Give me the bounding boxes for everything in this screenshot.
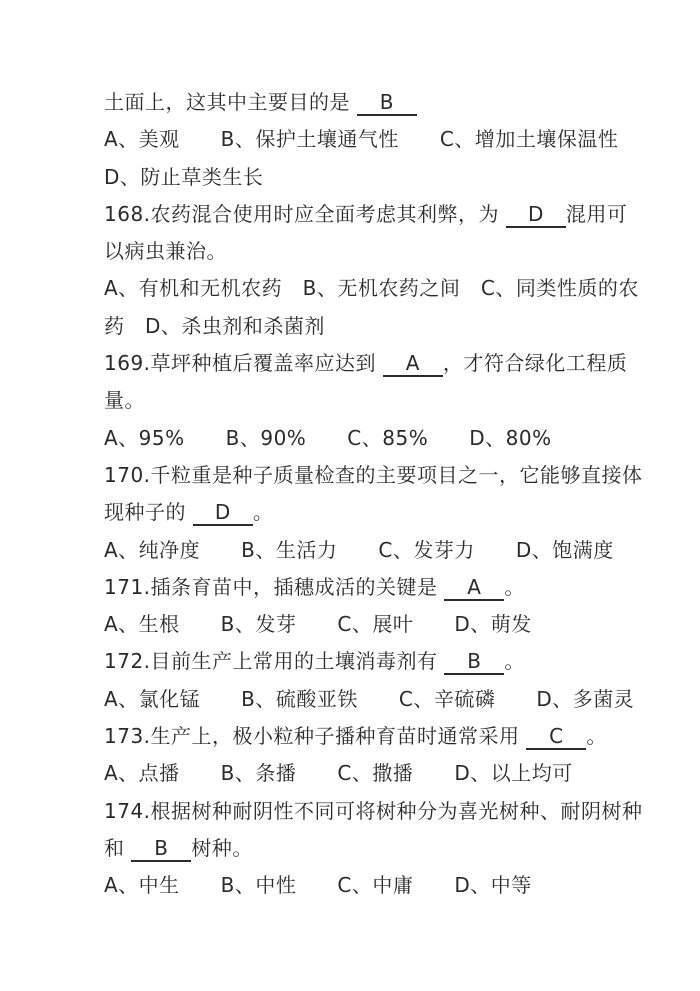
question-text: 量。 xyxy=(104,388,145,412)
question-text: D、防止草类生长 xyxy=(104,165,263,189)
question-text: 药 D、杀虫剂和杀菌剂 xyxy=(104,314,325,338)
document-line: 173.生产上，极小粒种子播种育苗时通常采用 C。 xyxy=(104,718,612,755)
question-text: 。 xyxy=(504,649,525,673)
question-text: 169.草坪种植后覆盖率应达到 xyxy=(104,351,383,375)
document-line: 药 D、杀虫剂和杀菌剂 xyxy=(104,308,612,345)
document-line: A、氯化锰 B、硫酸亚铁 C、辛硫磷 D、多菌灵 xyxy=(104,681,612,718)
question-text: 树种。 xyxy=(191,836,253,860)
document-line: 以病虫兼治。 xyxy=(104,233,612,270)
document-line: 168.农药混合使用时应全面考虑其利弊，为 D混用可 xyxy=(104,196,612,233)
question-text: 现种子的 xyxy=(104,500,193,524)
question-text: 168.农药混合使用时应全面考虑其利弊，为 xyxy=(104,202,506,226)
question-text: 土面上，这其中主要目的是 xyxy=(104,90,357,114)
answer-blank: D xyxy=(506,203,566,228)
document-line: 和 B树种。 xyxy=(104,830,612,867)
question-text: A、点播 B、条播 C、撒播 D、以上均可 xyxy=(104,761,573,785)
document-line: 量。 xyxy=(104,382,612,419)
question-text: 。 xyxy=(586,724,607,748)
document-line: A、生根 B、发芽 C、展叶 D、萌发 xyxy=(104,606,612,643)
document-line: 171.插条育苗中，插穗成活的关键是 A。 xyxy=(104,569,612,606)
answer-blank: B xyxy=(444,650,504,675)
question-text: A、纯净度 B、生活力 C、发芽力 D、饱满度 xyxy=(104,538,614,562)
question-text: A、中生 B、中性 C、中庸 D、中等 xyxy=(104,873,532,897)
answer-blank: A xyxy=(383,352,443,377)
document-line: A、95% B、90% C、85% D、80% xyxy=(104,420,612,457)
question-text: 173.生产上，极小粒种子播种育苗时通常采用 xyxy=(104,724,526,748)
question-text: 。 xyxy=(504,575,525,599)
question-text: 混用可 xyxy=(566,202,628,226)
document-page: 土面上，这其中主要目的是 BA、美观 B、保护土壤通气性 C、增加土壤保温性D、… xyxy=(0,0,700,991)
question-list: 土面上，这其中主要目的是 BA、美观 B、保护土壤通气性 C、增加土壤保温性D、… xyxy=(104,84,612,905)
question-text: A、95% B、90% C、85% D、80% xyxy=(104,426,552,450)
question-text: 以病虫兼治。 xyxy=(104,239,227,263)
document-line: A、有机和无机农药 B、无机农药之间 C、同类性质的农 xyxy=(104,270,612,307)
question-text: ，才符合绿化工程质 xyxy=(443,351,628,375)
question-text: 174.根据树种耐阴性不同可将树种分为喜光树种、耐阴树种 xyxy=(104,799,643,823)
answer-blank: C xyxy=(526,725,586,750)
document-line: D、防止草类生长 xyxy=(104,159,612,196)
question-text: A、有机和无机农药 B、无机农药之间 C、同类性质的农 xyxy=(104,276,639,300)
document-line: 土面上，这其中主要目的是 B xyxy=(104,84,612,121)
question-text: 171.插条育苗中，插穗成活的关键是 xyxy=(104,575,444,599)
document-line: A、点播 B、条播 C、撒播 D、以上均可 xyxy=(104,755,612,792)
document-line: A、美观 B、保护土壤通气性 C、增加土壤保温性 xyxy=(104,121,612,158)
question-text: A、生根 B、发芽 C、展叶 D、萌发 xyxy=(104,612,532,636)
document-line: 172.目前生产上常用的土壤消毒剂有 B。 xyxy=(104,643,612,680)
document-line: 170.千粒重是种子质量检查的主要项目之一，它能够直接体 xyxy=(104,457,612,494)
answer-blank: A xyxy=(444,576,504,601)
answer-blank: D xyxy=(193,501,253,526)
question-text: 172.目前生产上常用的土壤消毒剂有 xyxy=(104,649,444,673)
question-text: A、美观 B、保护土壤通气性 C、增加土壤保温性 xyxy=(104,127,618,151)
document-line: 现种子的 D。 xyxy=(104,494,612,531)
document-line: 174.根据树种耐阴性不同可将树种分为喜光树种、耐阴树种 xyxy=(104,793,612,830)
question-text: 。 xyxy=(253,500,274,524)
question-text: 170.千粒重是种子质量检查的主要项目之一，它能够直接体 xyxy=(104,463,643,487)
question-text: 和 xyxy=(104,836,131,860)
answer-blank: B xyxy=(357,91,417,116)
document-line: A、纯净度 B、生活力 C、发芽力 D、饱满度 xyxy=(104,532,612,569)
document-line: 169.草坪种植后覆盖率应达到 A，才符合绿化工程质 xyxy=(104,345,612,382)
answer-blank: B xyxy=(131,837,191,862)
question-text: A、氯化锰 B、硫酸亚铁 C、辛硫磷 D、多菌灵 xyxy=(104,687,634,711)
document-line: A、中生 B、中性 C、中庸 D、中等 xyxy=(104,867,612,904)
